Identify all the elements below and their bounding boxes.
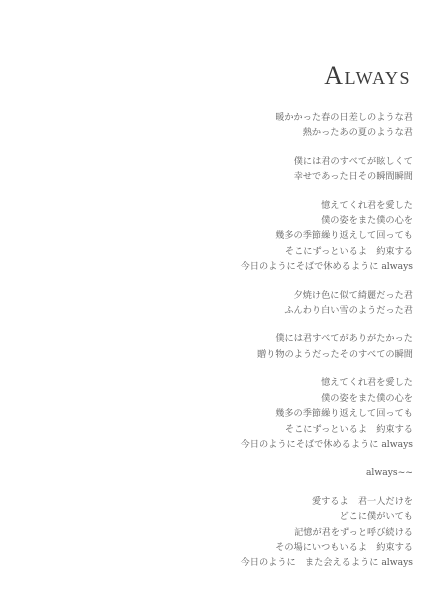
lyric-line: 憶えてくれ君を愛した [0, 198, 413, 213]
lyric-line: その場にいつもいるよ 約束する [0, 540, 413, 555]
lyric-line: 愛するよ 君一人だけを [0, 494, 413, 509]
lyric-line: 幾多の季節繰り返えして回っても [0, 228, 413, 243]
lyric-line: always~~ [0, 465, 413, 480]
lyric-line: 記憶が君をずっと呼び続ける [0, 525, 413, 540]
stanza-7-bridge: always~~ [0, 465, 413, 480]
lyrics-page: Always 暖かかった春の日差しのような君 熱かったあの夏のような君 僕には君… [0, 0, 439, 599]
lyric-line: そこにずっといるよ 約束する [0, 244, 413, 259]
lyric-line: 贈り物のようだったそのすべての瞬間 [0, 347, 413, 362]
stanza-6-chorus: 憶えてくれ君を愛した 僕の姿をまた僕の心を 幾多の季節繰り返えして回っても そこ… [0, 375, 413, 452]
lyric-line: 僕の姿をまた僕の心を [0, 213, 413, 228]
lyric-line: 熱かったあの夏のような君 [0, 125, 413, 140]
lyric-line: 今日のようにそばで休めるように always [0, 437, 413, 452]
lyric-line: 今日のようにそばで休めるように always [0, 259, 413, 274]
stanza-4: 夕焼け色に似て綺麗だった君 ふんわり白い雪のようだった君 [0, 288, 413, 319]
stanza-3-chorus: 憶えてくれ君を愛した 僕の姿をまた僕の心を 幾多の季節繰り返えして回っても そこ… [0, 198, 413, 275]
lyric-line: 今日のように また会えるように always [0, 555, 413, 570]
lyric-line: 僕には君のすべてが眩しくて [0, 154, 413, 169]
stanza-1: 暖かかった春の日差しのような君 熱かったあの夏のような君 [0, 110, 413, 141]
lyrics-body: 暖かかった春の日差しのような君 熱かったあの夏のような君 僕には君のすべてが眩し… [0, 110, 413, 584]
lyric-line: どこに僕がいても [0, 509, 413, 524]
lyric-line: 夕焼け色に似て綺麗だった君 [0, 288, 413, 303]
lyric-line: 僕の姿をまた僕の心を [0, 391, 413, 406]
stanza-5: 僕には君すべてがありがたかった 贈り物のようだったそのすべての瞬間 [0, 331, 413, 362]
lyric-line: そこにずっといるよ 約束する [0, 422, 413, 437]
lyric-line: 幸せであった日その瞬間瞬間 [0, 169, 413, 184]
lyric-line: 憶えてくれ君を愛した [0, 375, 413, 390]
stanza-8-final: 愛するよ 君一人だけを どこに僕がいても 記憶が君をずっと呼び続ける その場にい… [0, 494, 413, 571]
lyric-line: 暖かかった春の日差しのような君 [0, 110, 413, 125]
stanza-2: 僕には君のすべてが眩しくて 幸せであった日その瞬間瞬間 [0, 154, 413, 185]
lyric-line: 幾多の季節繰り返えして回っても [0, 406, 413, 421]
lyric-line: ふんわり白い雪のようだった君 [0, 303, 413, 318]
lyric-line: 僕には君すべてがありがたかった [0, 331, 413, 346]
song-title: Always [324, 63, 411, 89]
